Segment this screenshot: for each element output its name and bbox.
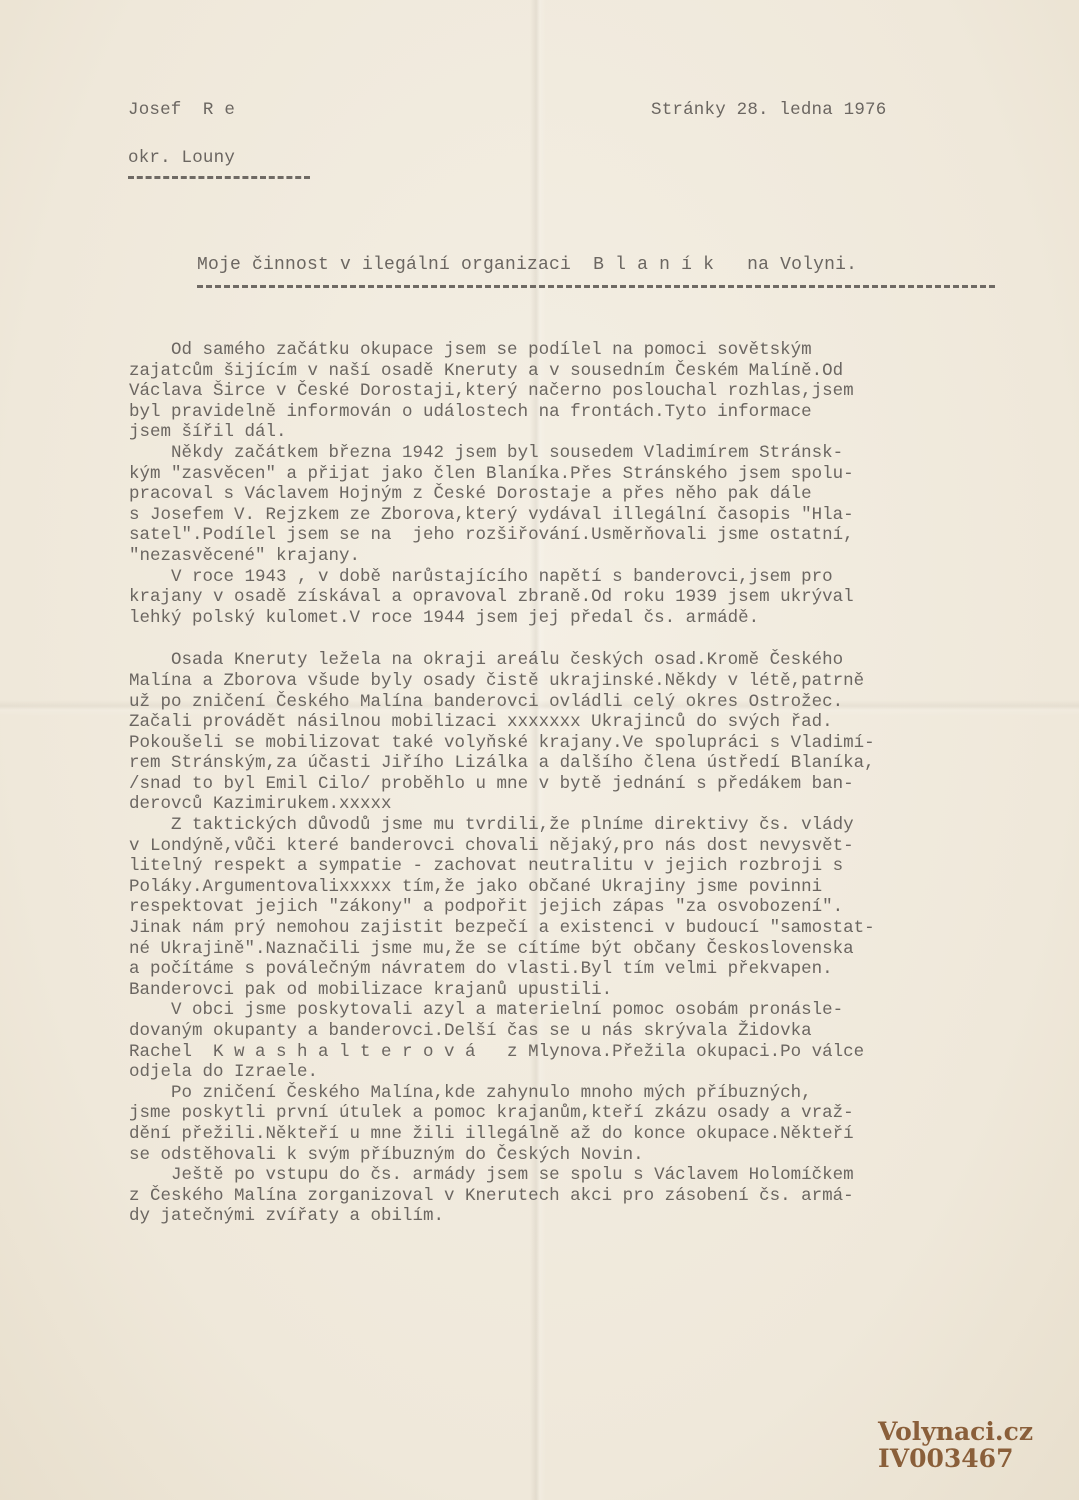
paragraph-8: Ještě po vstupu do čs. armády jsem se sp… <box>129 1165 1029 1227</box>
text-line: Po zničení Českého Malína,kde zahynulo m… <box>129 1083 1029 1104</box>
text-line: Osada Kneruty ležela na okraji areálu če… <box>129 650 1029 671</box>
text-line: dovaným okupanty a banderovci.Delší čas … <box>129 1021 1029 1042</box>
title-underline <box>197 285 995 288</box>
text-line: Někdy začátkem března 1942 jsem byl sous… <box>129 443 1029 464</box>
text-line: pracoval s Václavem Hojným z České Doros… <box>129 484 1029 505</box>
text-line: Václava Širce v České Dorostaji,který na… <box>129 381 1029 402</box>
text-line: satel".Podílel jsem se na jeho rozšiřová… <box>129 525 1029 546</box>
text-line: litelný respekt a sympatie - zachovat ne… <box>129 856 1029 877</box>
text-line: Banderovci pak od mobilizace krajanů upu… <box>129 980 1029 1001</box>
text-line: /snad to byl Emil Cilo/ proběhlo u mne v… <box>129 774 1029 795</box>
paragraph-5: Z taktických důvodů jsme mu tvrdili,že p… <box>129 815 1029 1000</box>
header-divider <box>128 176 310 179</box>
text-line: jsme poskytli první útulek a pomoc kraja… <box>129 1103 1029 1124</box>
text-line: krajany v osadě získával a opravoval zbr… <box>129 587 1029 608</box>
text-line: Pokoušeli se mobilizovat také volyňské k… <box>129 733 1029 754</box>
text-line: rem Stránským,za účasti Jiřího Lizálka a… <box>129 753 1029 774</box>
document-body: Od samého začátku okupace jsem se podíle… <box>129 340 1029 1227</box>
text-line: dění přežili.Někteří u mne žili illegáln… <box>129 1124 1029 1145</box>
text-line: V obci jsme poskytovali azyl a materieln… <box>129 1000 1029 1021</box>
text-line: V roce 1943 , v době narůstajícího napět… <box>129 567 1029 588</box>
sender-district: okr. Louny <box>128 148 235 168</box>
paragraph-1: Od samého začátku okupace jsem se podíle… <box>129 340 1029 443</box>
text-line: Začali provádět násilnou mobilizaci xxxx… <box>129 712 1029 733</box>
text-line: odjela do Izraele. <box>129 1062 1029 1083</box>
text-line: se odstěhovali k svým příbuzným do Český… <box>129 1145 1029 1166</box>
archive-watermark: Volynaci.cz IV003467 <box>878 1418 1033 1472</box>
text-line: v Londýně,vůči které banderovci chovali … <box>129 836 1029 857</box>
text-line: Poláky.Argumentovalixxxxx tím,že jako ob… <box>129 877 1029 898</box>
text-line: z Českého Malína zorganizoval v Knerutec… <box>129 1186 1029 1207</box>
text-line: s Josefem V. Rejzkem ze Zborova,který vy… <box>129 505 1029 526</box>
paragraph-2: Někdy začátkem března 1942 jsem byl sous… <box>129 443 1029 567</box>
text-line: respektovat jejich "zákony" a podpořit j… <box>129 897 1029 918</box>
paragraph-4: Osada Kneruty ležela na okraji areálu če… <box>129 650 1029 815</box>
text-line: kým "zasvěcen" a přijat jako člen Blaník… <box>129 464 1029 485</box>
text-line: dy jatečnými zvířaty a obilím. <box>129 1206 1029 1227</box>
watermark-site: Volynaci.cz <box>878 1418 1033 1445</box>
sender-name: Josef R e <box>128 100 235 120</box>
watermark-id: IV003467 <box>878 1445 1033 1472</box>
text-line: zajatcům šijícím v naší osadě Kneruty a … <box>129 361 1029 382</box>
paragraph-6: V obci jsme poskytovali azyl a materieln… <box>129 1000 1029 1082</box>
text-line: byl pravidelně informován o událostech n… <box>129 402 1029 423</box>
text-line: už po zničení Českého Malína banderovci … <box>129 692 1029 713</box>
text-line: né Ukrajině".Naznačili jsme mu,že se cít… <box>129 939 1029 960</box>
text-line: a počítáme s poválečným návratem do vlas… <box>129 959 1029 980</box>
paragraph-7: Po zničení Českého Malína,kde zahynulo m… <box>129 1083 1029 1165</box>
text-line: lehký polský kulomet.V roce 1944 jsem je… <box>129 608 1029 629</box>
text-line: Jinak nám prý nemohou zajistit bezpečí a… <box>129 918 1029 939</box>
text-line: Ještě po vstupu do čs. armády jsem se sp… <box>129 1165 1029 1186</box>
place-date: Stránky 28. ledna 1976 <box>651 100 886 120</box>
text-line: Malína a Zborova všude byly osady čistě … <box>129 671 1029 692</box>
document-title: Moje činnost v ilegální organizaci B l a… <box>197 255 857 275</box>
text-line: Rachel K w a s h a l t e r o v á z Mlyno… <box>129 1042 1029 1063</box>
text-line: Od samého začátku okupace jsem se podíle… <box>129 340 1029 361</box>
text-line: jsem šířil dál. <box>129 422 1029 443</box>
text-line: derovců Kazimirukem.xxxxx <box>129 794 1029 815</box>
paragraph-3: V roce 1943 , v době narůstajícího napět… <box>129 567 1029 629</box>
text-line: Z taktických důvodů jsme mu tvrdili,že p… <box>129 815 1029 836</box>
text-line: "nezasvěcené" krajany. <box>129 546 1029 567</box>
paragraph-gap <box>129 628 1029 650</box>
